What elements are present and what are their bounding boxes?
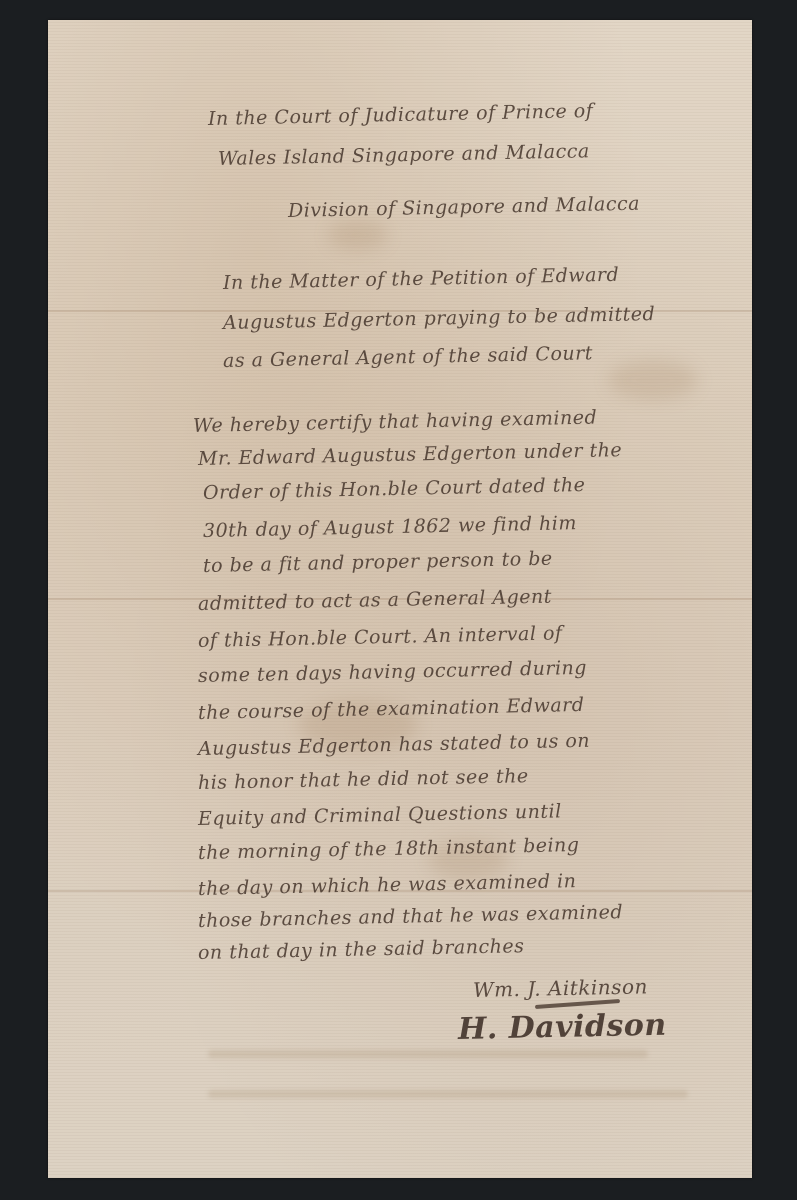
scan-background: In the Court of Judicature of Prince of … [0, 0, 797, 1200]
body-line: Equity and Criminal Questions until [198, 800, 562, 830]
body-line: 30th day of August 1862 we find him [203, 512, 577, 542]
body-line: the day on which he was examined in [198, 870, 577, 900]
body-line: on that day in the said branches [198, 935, 525, 964]
paper-stain [608, 360, 698, 400]
body-line: some ten days having occurred during [198, 657, 587, 687]
matter-line: Augustus Edgerton praying to be admitted [223, 303, 656, 334]
body-line: Order of this Hon.ble Court dated the [203, 474, 586, 504]
signature-davidson: H. Davidson [458, 1008, 667, 1047]
signature-aitkinson: Wm. J. Aitkinson [473, 974, 648, 1002]
document-page: In the Court of Judicature of Prince of … [48, 20, 752, 1178]
signature-flourish [535, 999, 620, 1009]
matter-line: as a General Agent of the said Court [223, 342, 593, 372]
body-line: those branches and that he was examined [198, 901, 624, 932]
heading-line: In the Court of Judicature of Prince of [208, 100, 594, 130]
bleed-through [208, 1050, 648, 1058]
body-line: of this Hon.ble Court. An interval of [198, 622, 563, 652]
body-line: Mr. Edward Augustus Edgerton under the [198, 439, 623, 470]
body-line: the course of the examination Edward [198, 694, 585, 724]
body-line: admitted to act as a General Agent [198, 586, 552, 615]
bleed-through [208, 1090, 688, 1098]
body-line: the morning of the 18th instant being [198, 834, 580, 864]
body-line: Augustus Edgerton has stated to us on [198, 730, 590, 760]
body-line: We hereby certify that having examined [193, 407, 598, 437]
heading-line: Division of Singapore and Malacca [288, 193, 640, 222]
body-line: his honor that he did not see the [198, 765, 529, 794]
heading-line: Wales Island Singapore and Malacca [218, 140, 590, 170]
body-line: to be a fit and proper person to be [203, 548, 553, 577]
matter-line: In the Matter of the Petition of Edward [223, 264, 620, 294]
paper-stain [328, 220, 388, 250]
